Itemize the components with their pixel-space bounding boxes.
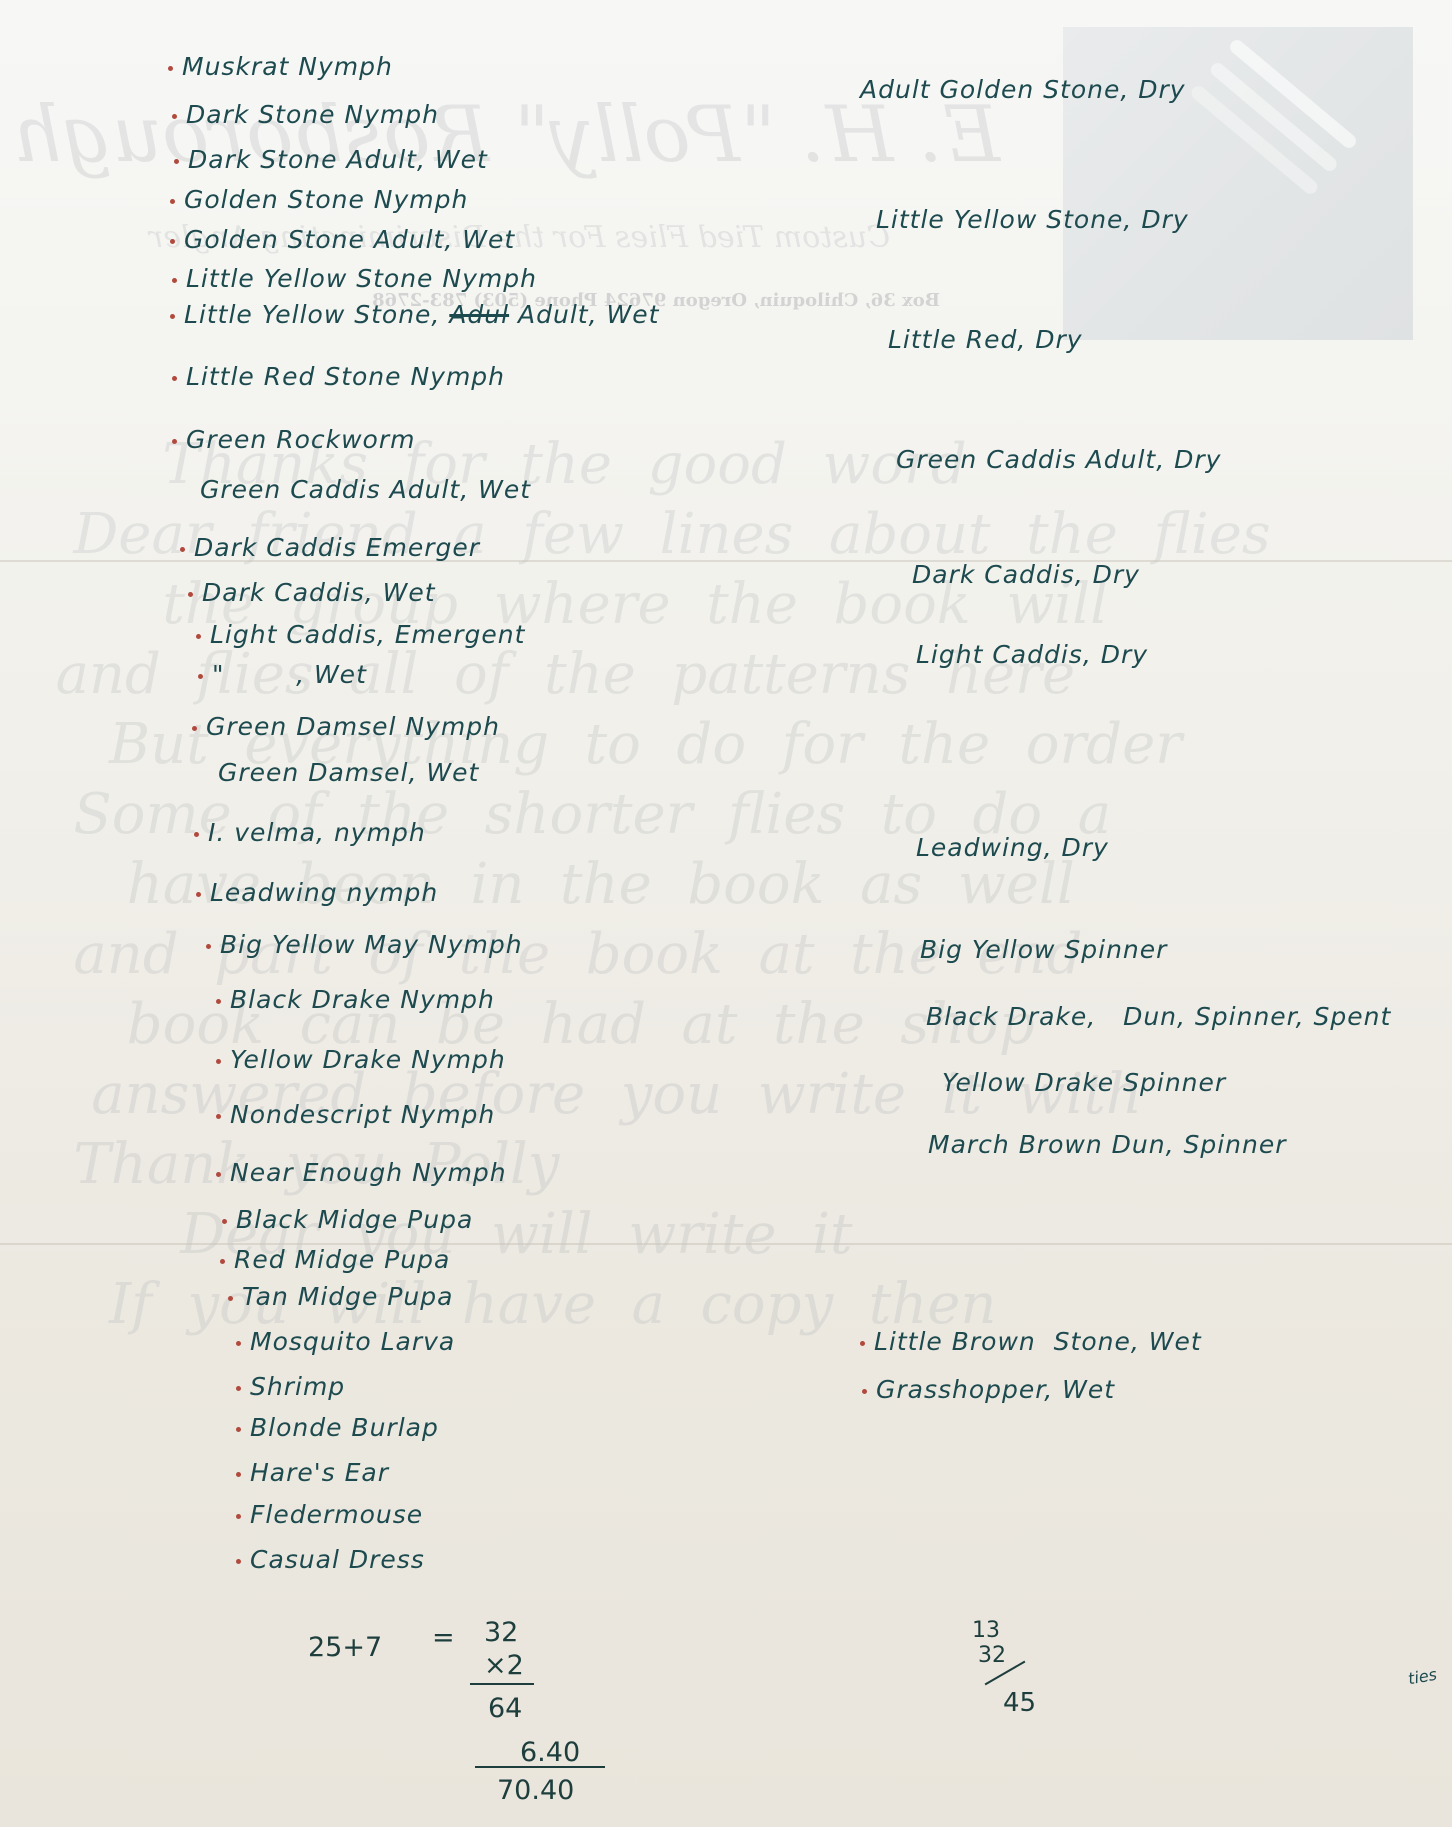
bullet-dot-icon bbox=[172, 439, 177, 444]
list-item: Big Yellow May Nymph bbox=[206, 930, 523, 959]
paper-fold-line bbox=[0, 1243, 1452, 1245]
bullet-dot-icon bbox=[172, 114, 177, 119]
list-item: Golden Stone Adult, Wet bbox=[170, 225, 515, 254]
list-item: " , Wet bbox=[198, 660, 367, 689]
list-item: I. velma, nymph bbox=[194, 818, 426, 847]
bullet-dot-icon bbox=[228, 1296, 233, 1301]
list-item: Little Brown Stone, Wet bbox=[860, 1327, 1202, 1356]
list-item: Tan Midge Pupa bbox=[228, 1282, 453, 1311]
bullet-dot-icon bbox=[216, 1172, 221, 1177]
list-item: Light Caddis, Emergent bbox=[196, 620, 525, 649]
bullet-dot-icon bbox=[222, 1219, 227, 1224]
bullet-dot-icon bbox=[168, 66, 173, 71]
list-item: Golden Stone Nymph bbox=[170, 185, 468, 214]
letterhead-fly-illustration bbox=[1063, 27, 1413, 340]
letterhead-name: E. H. "Polly" Rosborough bbox=[12, 90, 1000, 180]
list-item: Blonde Burlap bbox=[236, 1413, 439, 1442]
list-item: Dark Stone Nymph bbox=[172, 100, 439, 129]
calc-rule bbox=[475, 1766, 605, 1768]
bullet-dot-icon bbox=[236, 1341, 241, 1346]
list-item: Yellow Drake Spinner bbox=[942, 1068, 1226, 1097]
list-item: Dark Caddis, Wet bbox=[188, 578, 436, 607]
list-item: Dark Stone Adult, Wet bbox=[174, 145, 488, 174]
bullet-dot-icon bbox=[236, 1386, 241, 1391]
bullet-dot-icon bbox=[206, 944, 211, 949]
bullet-dot-icon bbox=[174, 159, 179, 164]
list-item: Green Rockworm bbox=[172, 425, 415, 454]
list-item: Black Drake Nymph bbox=[216, 985, 495, 1014]
count-sum: 45 bbox=[1003, 1688, 1036, 1718]
list-item: Hare's Ear bbox=[236, 1458, 389, 1487]
bullet-dot-icon bbox=[216, 1059, 221, 1064]
list-item: Green Caddis Adult, Wet bbox=[200, 475, 531, 504]
bullet-dot-icon bbox=[188, 592, 193, 597]
bullet-dot-icon bbox=[192, 726, 197, 731]
bullet-dot-icon bbox=[172, 376, 177, 381]
list-item: Red Midge Pupa bbox=[220, 1245, 450, 1274]
bullet-dot-icon bbox=[180, 547, 185, 552]
list-item: Big Yellow Spinner bbox=[920, 935, 1167, 964]
list-item: Little Yellow Stone, Adul Adult, Wet bbox=[170, 300, 659, 329]
bullet-dot-icon bbox=[860, 1341, 865, 1346]
margin-note: ties bbox=[1407, 1665, 1439, 1689]
bullet-dot-icon bbox=[236, 1514, 241, 1519]
bullet-dot-icon bbox=[196, 892, 201, 897]
bullet-dot-icon bbox=[216, 1114, 221, 1119]
list-item: Grasshopper, Wet bbox=[862, 1375, 1115, 1404]
bullet-dot-icon bbox=[220, 1259, 225, 1264]
bullet-dot-icon bbox=[194, 832, 199, 837]
bullet-dot-icon bbox=[170, 199, 175, 204]
list-item: Leadwing nymph bbox=[196, 878, 438, 907]
calc-subtotal: 32 bbox=[484, 1617, 518, 1648]
list-item: Green Damsel Nymph bbox=[192, 712, 500, 741]
bullet-dot-icon bbox=[196, 634, 201, 639]
list-item: March Brown Dun, Spinner bbox=[928, 1130, 1287, 1159]
list-item: Fledermouse bbox=[236, 1500, 423, 1529]
list-item: Little Red Stone Nymph bbox=[172, 362, 505, 391]
bullet-dot-icon bbox=[236, 1472, 241, 1477]
list-item: Dark Caddis, Dry bbox=[912, 560, 1140, 589]
calc-expression: 25+7 bbox=[308, 1632, 382, 1663]
bullet-dot-icon bbox=[198, 674, 203, 679]
list-item: Green Damsel, Wet bbox=[218, 758, 479, 787]
list-item: Black Drake, Dun, Spinner, Spent bbox=[926, 1002, 1391, 1031]
calc-equals: = bbox=[432, 1622, 455, 1653]
list-item: Mosquito Larva bbox=[236, 1327, 455, 1356]
bullet-dot-icon bbox=[170, 239, 175, 244]
list-item: Green Caddis Adult, Dry bbox=[896, 445, 1221, 474]
bullet-dot-icon bbox=[216, 999, 221, 1004]
calc-rule bbox=[470, 1683, 534, 1685]
calc-addend: 6.40 bbox=[520, 1737, 580, 1768]
list-item: Near Enough Nymph bbox=[216, 1158, 507, 1187]
list-item: Yellow Drake Nymph bbox=[216, 1045, 506, 1074]
list-item: Shrimp bbox=[236, 1372, 345, 1401]
calc-multiplier: ×2 bbox=[484, 1650, 524, 1681]
count-b: 32 bbox=[978, 1643, 1006, 1668]
calc-total: 70.40 bbox=[497, 1775, 574, 1806]
list-item: Black Midge Pupa bbox=[222, 1205, 473, 1234]
list-item: Leadwing, Dry bbox=[916, 833, 1109, 862]
list-item: Little Yellow Stone, Dry bbox=[876, 205, 1189, 234]
list-item: Light Caddis, Dry bbox=[916, 640, 1148, 669]
bullet-dot-icon bbox=[236, 1427, 241, 1432]
calc-product: 64 bbox=[488, 1693, 522, 1724]
list-item: Muskrat Nymph bbox=[168, 52, 393, 81]
bullet-dot-icon bbox=[862, 1389, 867, 1394]
list-item: Little Red, Dry bbox=[888, 325, 1083, 354]
list-item: Adult Golden Stone, Dry bbox=[860, 75, 1186, 104]
list-item: Little Yellow Stone Nymph bbox=[172, 264, 537, 293]
count-a: 13 bbox=[972, 1618, 1000, 1643]
bullet-dot-icon bbox=[236, 1559, 241, 1564]
list-item: Casual Dress bbox=[236, 1545, 425, 1574]
list-item: Nondescript Nymph bbox=[216, 1100, 495, 1129]
bullet-dot-icon bbox=[172, 278, 177, 283]
list-item: Dark Caddis Emerger bbox=[180, 533, 480, 562]
struck-text: Adul bbox=[449, 300, 509, 329]
bullet-dot-icon bbox=[170, 314, 175, 319]
